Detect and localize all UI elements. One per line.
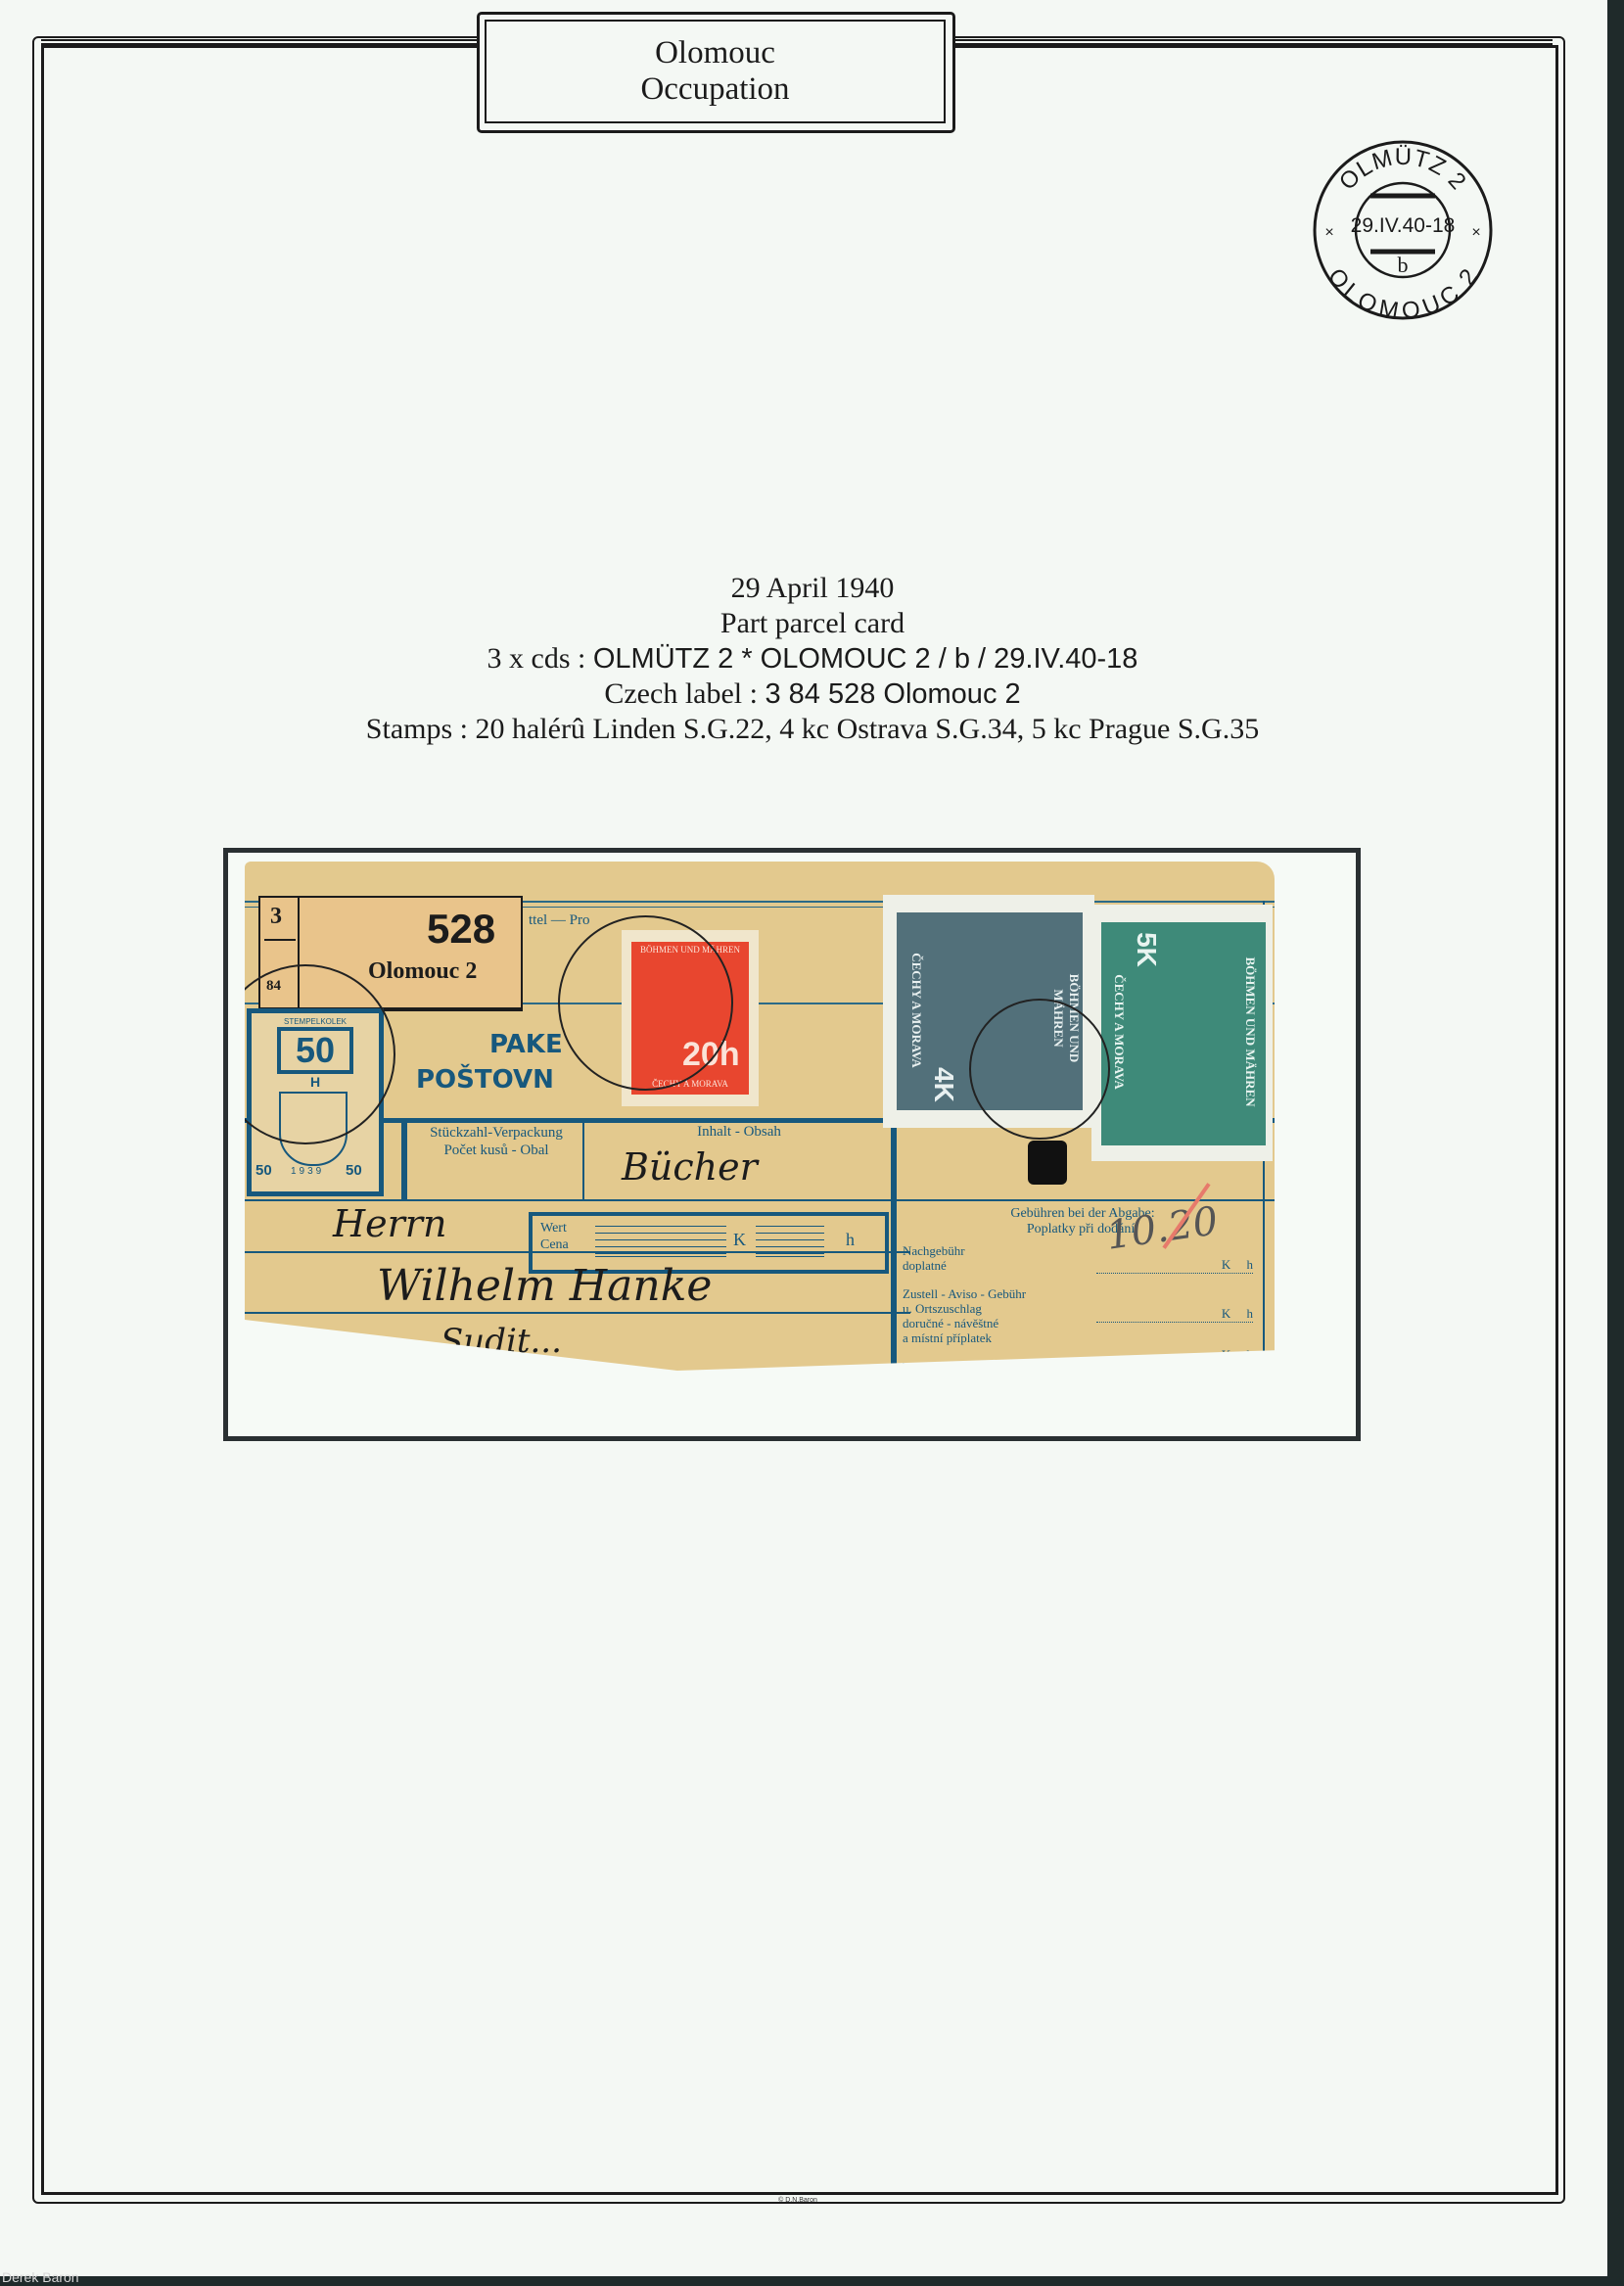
scanner-edge-bottom	[0, 2276, 1624, 2286]
desc-item: Part parcel card	[157, 606, 1468, 641]
label-office: Olomouc 2	[368, 958, 477, 985]
page-title: Olomouc Occupation	[485, 20, 946, 123]
cds-strike-3	[969, 999, 1110, 1140]
svg-text:×: ×	[1471, 224, 1480, 241]
postmark-illustration: OLMÜTZ 2 OLOMOUC 2 29.IV.40-18 b × ×	[1310, 137, 1496, 323]
desc-date: 29 April 1940	[157, 571, 1468, 606]
svg-text:×: ×	[1324, 224, 1333, 241]
parcel-card-fragment: 3 84 528 Olomouc 2 ttel — Pro STEMPELKOL…	[245, 862, 1275, 1371]
addressee-line-1: Herrn	[333, 1202, 446, 1245]
header-rule-left	[41, 39, 477, 45]
cds-strike-2	[558, 915, 733, 1091]
fee-row-2: Zustell - Aviso - Gebühru. Ortszuschlag …	[903, 1286, 1026, 1345]
addressee-line-2: Wilhelm Hanke	[377, 1261, 712, 1311]
item-description: 29 April 1940 Part parcel card 3 x cds :…	[157, 571, 1468, 747]
desc-stamps: Stamps : 20 halérû Linden S.G.22, 4 kc O…	[157, 712, 1468, 747]
ink-blot	[1028, 1141, 1067, 1185]
scanner-edge-right	[1607, 0, 1624, 2286]
fee-row-1: Nachgebührdoplatné	[903, 1243, 965, 1273]
svg-text:OLMÜTZ 2: OLMÜTZ 2	[1334, 144, 1471, 196]
title-line-1: Olomouc	[655, 35, 775, 71]
title-line-2: Occupation	[640, 71, 789, 108]
postmark-date: 29.IV.40-18	[1351, 214, 1456, 237]
card-title-1: PAKE	[489, 1030, 563, 1059]
desc-label: Czech label : 3 84 528 Olomouc 2	[157, 676, 1468, 712]
header-rule-right	[952, 39, 1553, 45]
desc-cds: 3 x cds : OLMÜTZ 2 * OLOMOUC 2 / b / 29.…	[157, 641, 1468, 676]
stamp-prague: ČECHY A MORAVA BÖHMEN UND MÄHREN 5K	[1091, 905, 1273, 1161]
copyright: © D.N.Baron	[764, 2197, 832, 2204]
watermark: Derek Baron	[2, 2269, 79, 2285]
postmark-sub: b	[1398, 253, 1409, 277]
contents-handwritten: Bücher	[622, 1145, 758, 1189]
card-title-2: POŠTOVN	[416, 1065, 554, 1095]
label-number: 528	[427, 906, 495, 953]
